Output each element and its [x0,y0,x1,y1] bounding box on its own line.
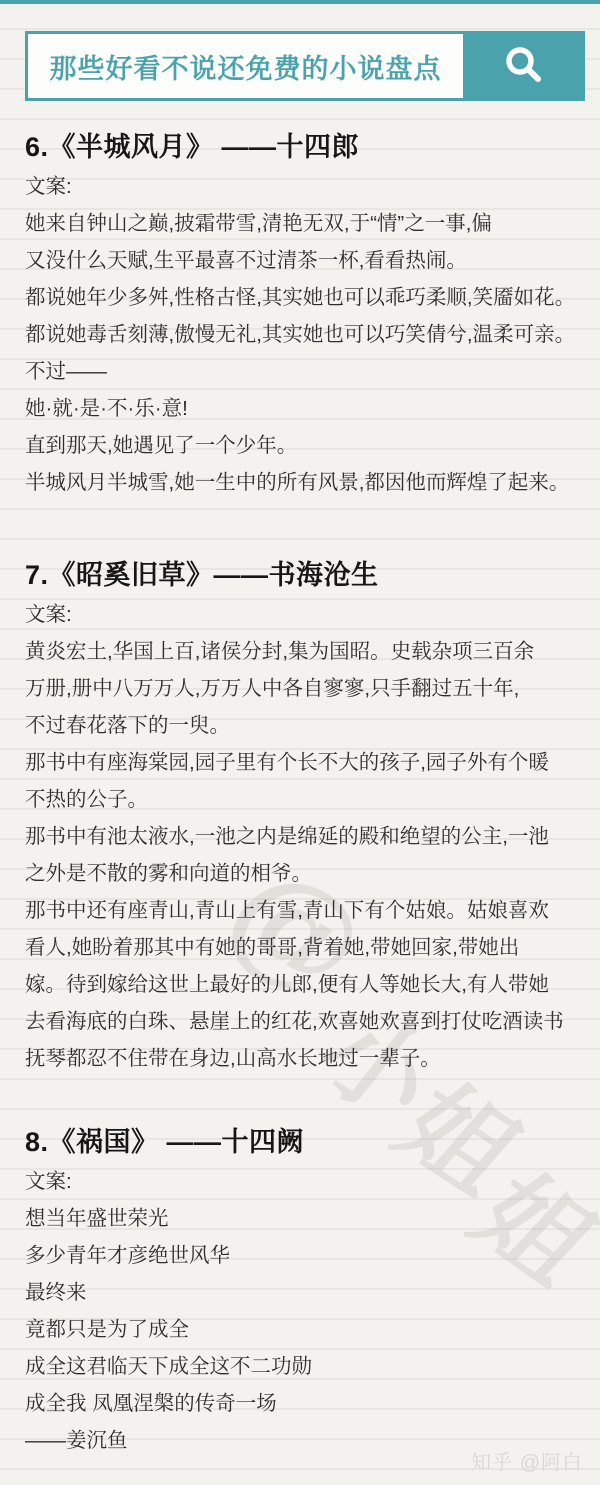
book-title: 6.《半城风月》 ——十四郎 [25,131,600,163]
copy-line: 之外是不散的雾和向道的相爷。 [25,855,600,892]
copy-line: 最终来 [25,1274,600,1311]
search-input-box[interactable]: 那些好看不说还免费的小说盘点 [25,31,463,101]
copy-line: 想当年盛世荣光 [25,1200,600,1237]
banner-title: 那些好看不说还免费的小说盘点 [50,47,442,86]
copy-line: 不过—— [25,353,600,390]
section-book-8: 8.《祸国》 ——十四阙 文案: 想当年盛世荣光 多少青年才彦绝世风华 最终来 … [25,1126,600,1459]
book-title: 8.《祸国》 ——十四阙 [25,1126,600,1158]
search-bar-banner: 那些好看不说还免费的小说盘点 [25,31,585,101]
copy-line: 她来自钟山之巅,披霜带雪,清艳无双,于“情”之一事,偏 [25,205,600,242]
copy-line: 抚琴都忍不住带在身边,山高水长地过一辈子。 [25,1040,600,1077]
copy-label: 文案: [25,1163,600,1200]
copy-line: 嫁。待到嫁给这世上最好的儿郎,便有人等她长大,有人带她 [25,966,600,1003]
copy-line: 黄炎宏土,华国上百,诸侯分封,集为国昭。史载杂项三百余 [25,633,600,670]
copy-line: 那书中有座海棠园,园子里有个长不大的孩子,园子外有个暖 [25,744,600,781]
copy-line: 那书中还有座青山,青山上有雪,青山下有个姑娘。姑娘喜欢 [25,892,600,929]
book-title: 7.《昭奚旧草》——书海沧生 [25,559,600,591]
copy-label: 文案: [25,168,600,205]
copy-line: 不热的公子。 [25,781,600,818]
copy-line: 成全这君临天下成全这不二功勋 [25,1348,600,1385]
copy-line: 竟都只是为了成全 [25,1311,600,1348]
copy-line: 都说她毒舌刻薄,傲慢无礼,其实她也可以巧笑倩兮,温柔可亲。 [25,316,600,353]
copy-line: 都说她年少多舛,性格古怪,其实她也可以乖巧柔顺,笑靥如花。 [25,279,600,316]
copy-label: 文案: [25,596,600,633]
copy-line: 她·就·是·不·乐·意! [25,390,600,427]
copy-line: 半城风月半城雪,她一生中的所有风景,都因他而辉煌了起来。 [25,464,600,501]
copy-line: 多少青年才彦绝世风华 [25,1237,600,1274]
copy-line: 去看海底的白珠、悬崖上的红花,欢喜她欢喜到打仗吃酒读书 [25,1003,600,1040]
copy-line: 又没什么天赋,生平最喜不过清茶一杯,看看热闹。 [25,242,600,279]
copy-line: 那书中有池太液水,一池之内是绵延的殿和绝望的公主,一池 [25,818,600,855]
copy-line: 看人,她盼着那其中有她的哥哥,背着她,带她回家,带她出 [25,929,600,966]
section-book-6: 6.《半城风月》 ——十四郎 文案: 她来自钟山之巅,披霜带雪,清艳无双,于“情… [25,131,600,501]
search-button[interactable] [463,31,585,101]
copy-line: 万册,册中八万万人,万万人中各自寥寥,只手翻过五十年, [25,670,600,707]
search-icon [501,43,547,89]
copy-line: 不过春花落下的一臾。 [25,707,600,744]
top-accent-bar [0,0,600,4]
section-book-7: 7.《昭奚旧草》——书海沧生 文案: 黄炎宏土,华国上百,诸侯分封,集为国昭。史… [25,559,600,1077]
zhihu-credit: 知乎 @阿白 [471,1446,583,1475]
copy-line: 成全我 凤凰涅槃的传奇一场 [25,1385,600,1422]
copy-line: 直到那天,她遇见了一个少年。 [25,427,600,464]
